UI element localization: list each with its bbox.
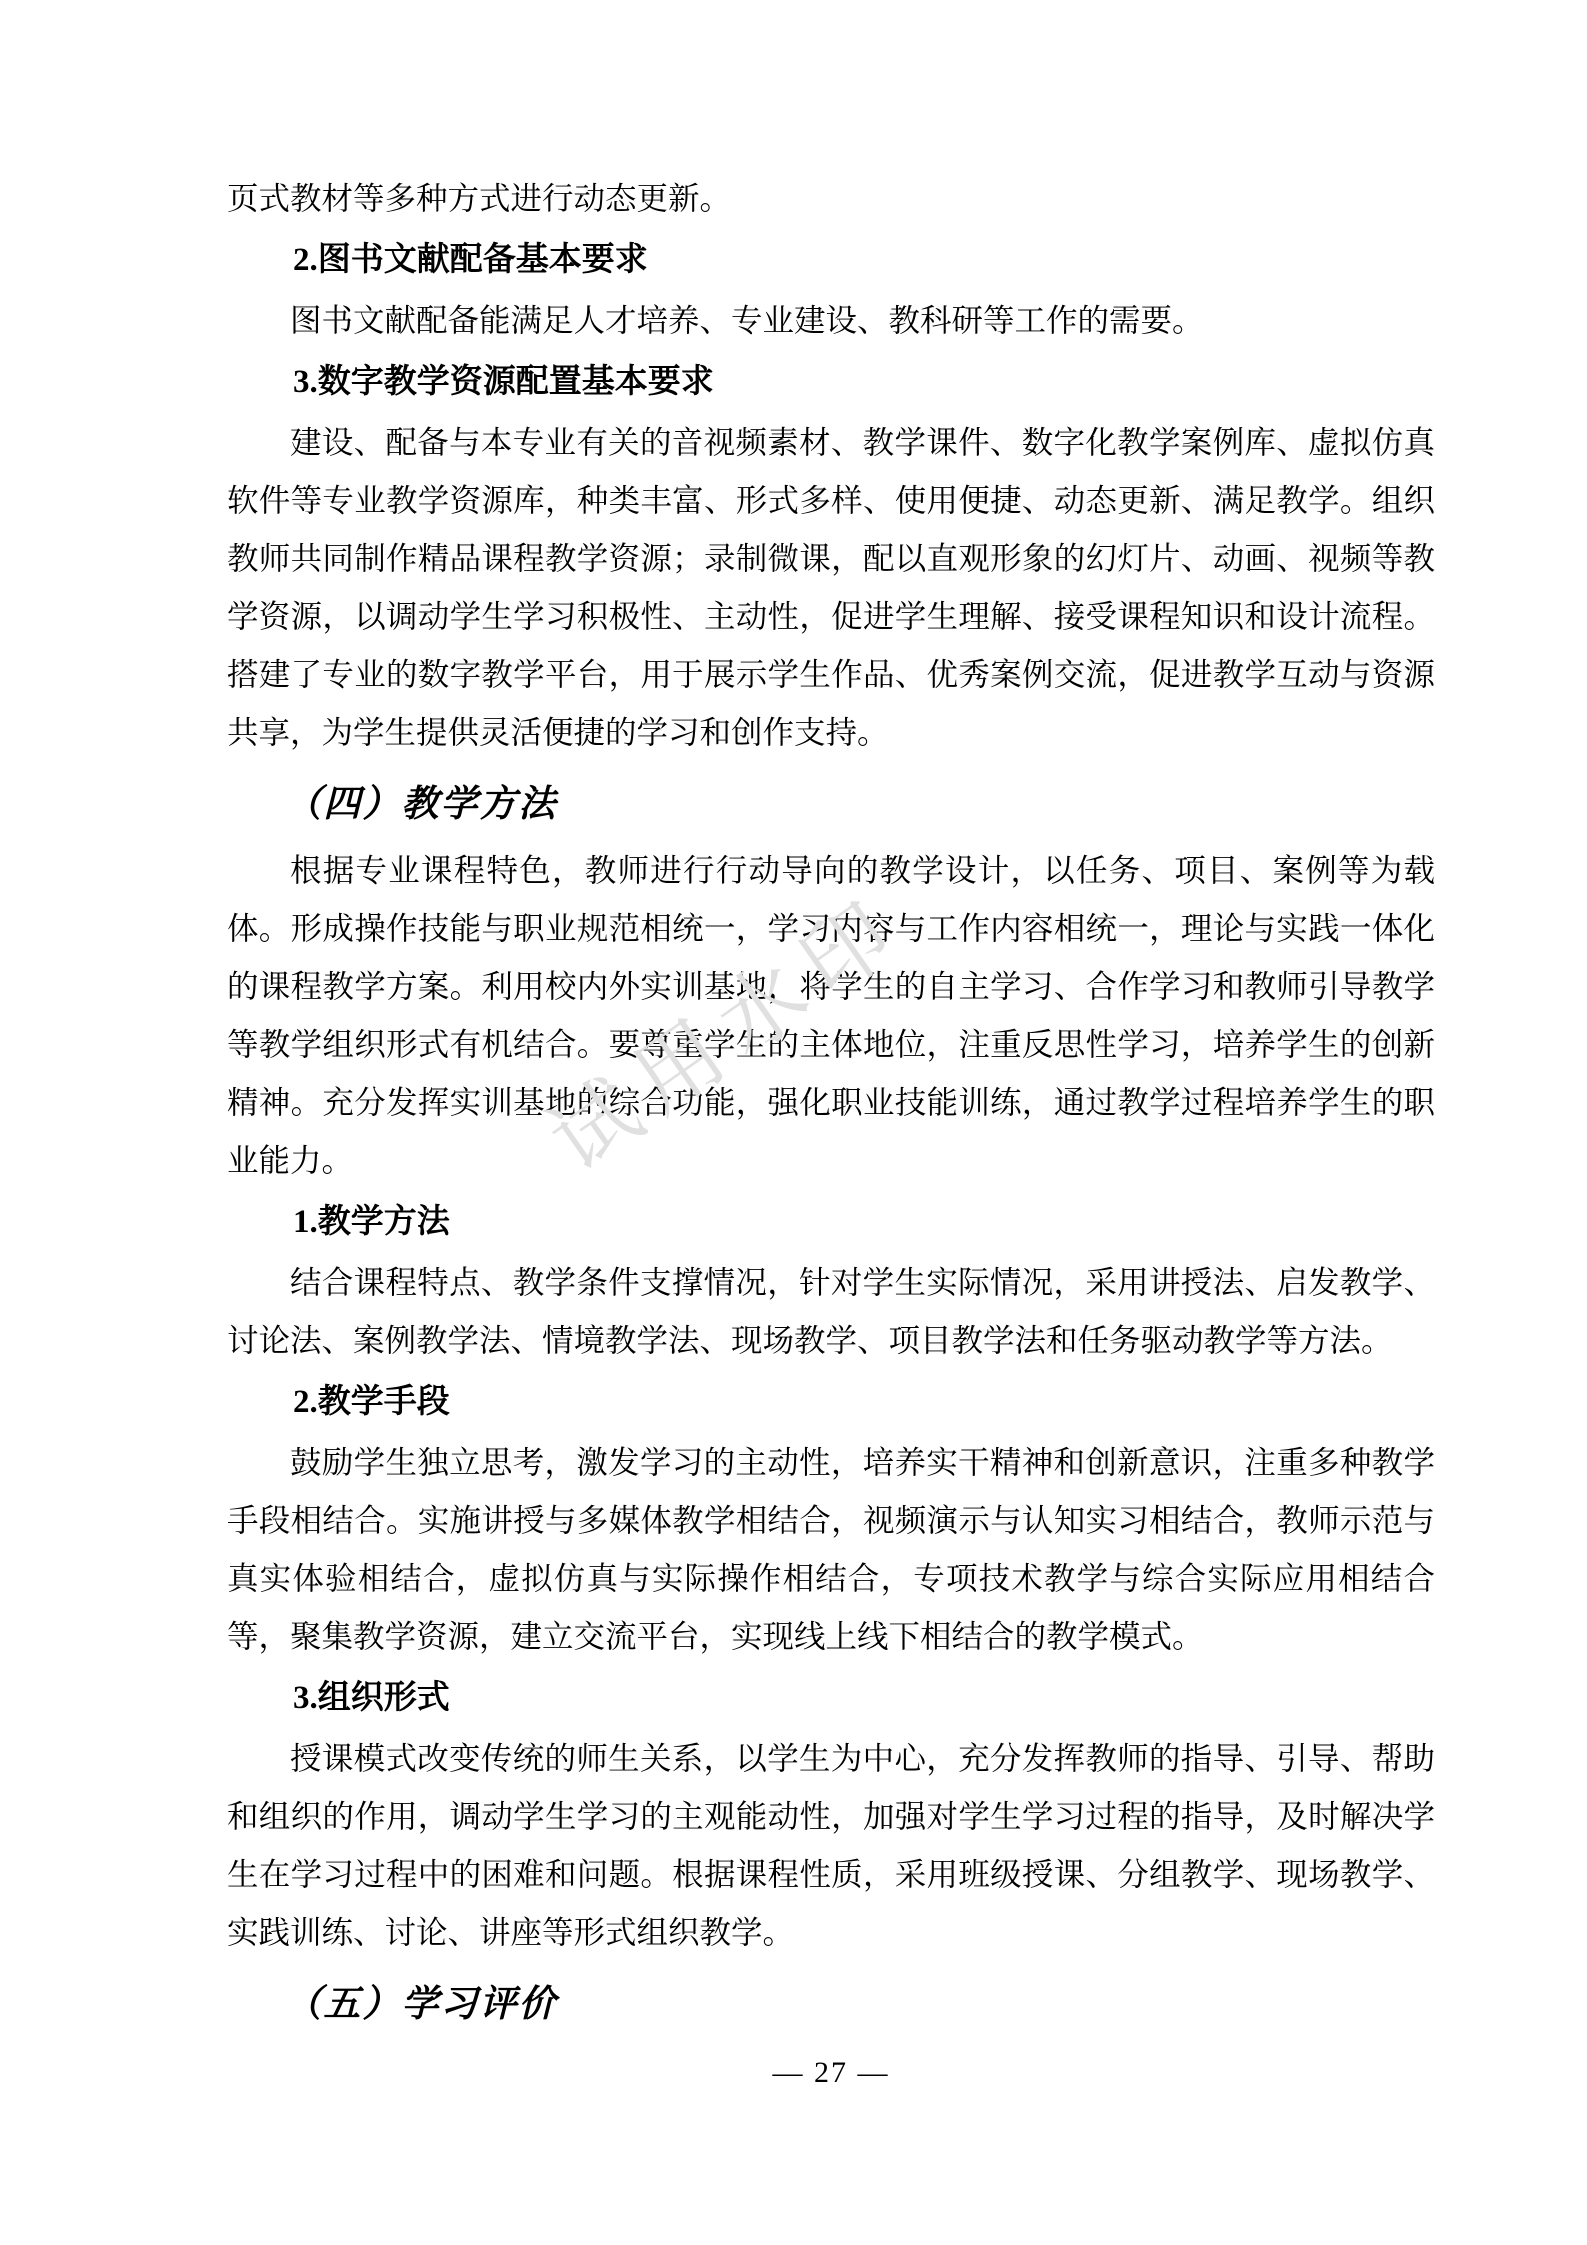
paragraph: 授课模式改变传统的师生关系，以学生为中心，充分发挥教师的指导、引导、帮助和组织的… [227, 1730, 1435, 1962]
continued-paragraph: 页式教材等多种方式进行动态更新。 [227, 170, 1435, 228]
numbered-heading: 2.图书文献配备基本要求 [227, 231, 1435, 289]
paragraph: 结合课程特点、教学条件支撑情况，针对学生实际情况，采用讲授法、启发教学、讨论法、… [227, 1254, 1435, 1370]
paragraph: 建设、配备与本专业有关的音视频素材、教学课件、数字化教学案例库、虚拟仿真软件等专… [227, 414, 1435, 762]
paragraph: 鼓励学生独立思考，激发学习的主动性，培养实干精神和创新意识，注重多种教学手段相结… [227, 1434, 1435, 1666]
paragraph: 根据专业课程特色，教师进行行动导向的教学设计，以任务、项目、案例等为载体。形成操… [227, 842, 1435, 1190]
numbered-heading: 3.数字教学资源配置基本要求 [227, 353, 1435, 411]
numbered-heading: 1.教学方法 [227, 1193, 1435, 1251]
numbered-heading: 3.组织形式 [227, 1669, 1435, 1727]
section-heading: （五）学习评价 [227, 1975, 1435, 2035]
document-body: 页式教材等多种方式进行动态更新。 2.图书文献配备基本要求 图书文献配备能满足人… [227, 170, 1435, 2042]
numbered-heading: 2.教学手段 [227, 1373, 1435, 1431]
document-page: 页式教材等多种方式进行动态更新。 2.图书文献配备基本要求 图书文献配备能满足人… [0, 0, 1587, 2245]
page-number: — 27 — [227, 2056, 1435, 2090]
section-heading: （四）教学方法 [227, 775, 1435, 835]
paragraph: 图书文献配备能满足人才培养、专业建设、教科研等工作的需要。 [227, 292, 1435, 350]
